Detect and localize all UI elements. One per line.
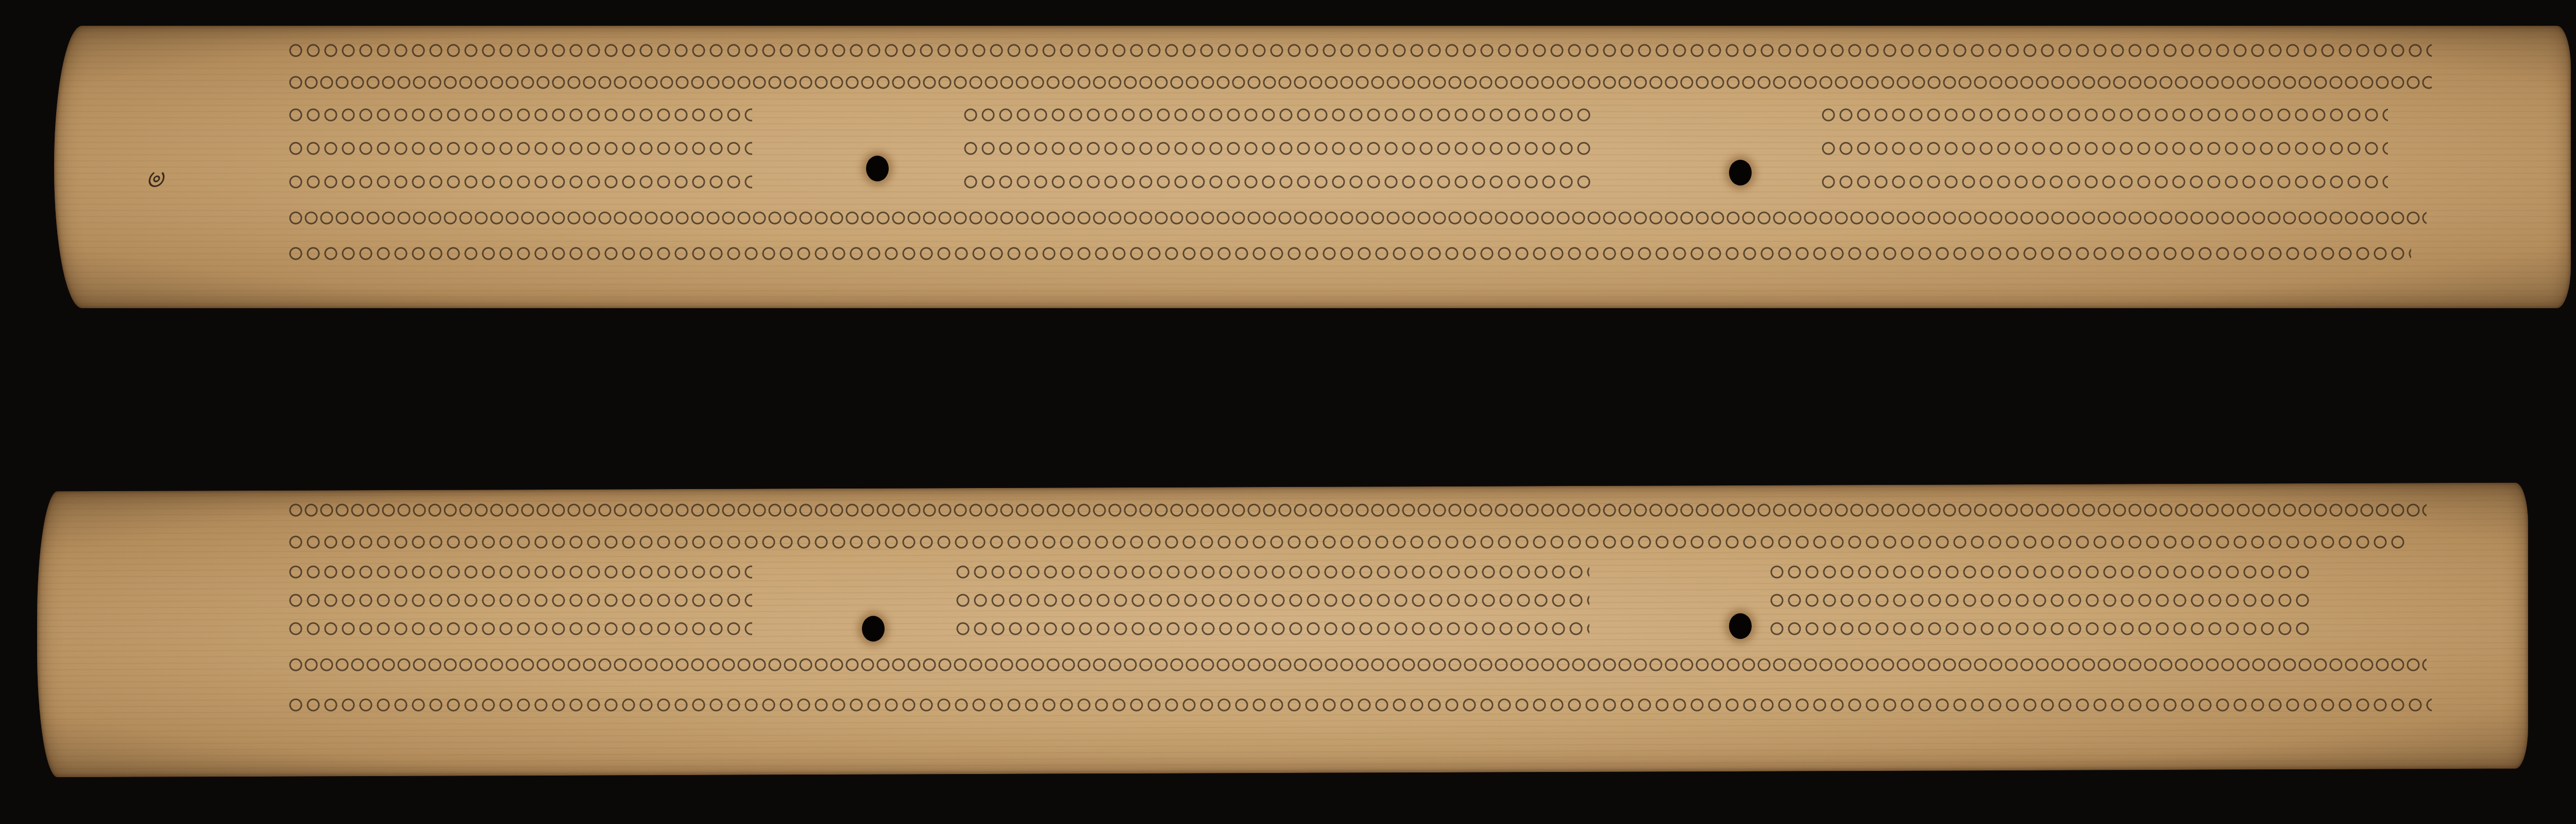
script-text: [handwritten Burmese script — line 1, fu…	[289, 35, 2432, 64]
script-text: [Burmese script — center block]	[956, 557, 1589, 585]
manuscript-line: [handwritten Burmese script — line 6, fu…	[289, 649, 2427, 678]
script-text: [Burmese script — right block]	[1770, 557, 2311, 585]
manuscript-line-center-block: [Burmese script — center block]	[956, 557, 1589, 585]
script-text: [handwritten Burmese script — line 6, fu…	[289, 203, 2427, 231]
manuscript-line-center-block: [Burmese script — center block]	[956, 613, 1589, 642]
manuscript-line-left-block: [Burmese script — left block]	[289, 133, 752, 162]
folio-number-mark: ၑ	[145, 155, 164, 203]
script-text: [Burmese script — left block]	[289, 99, 752, 128]
script-text: [Burmese script — right block]	[1821, 133, 2388, 162]
script-text: [Burmese script — right block]	[1770, 613, 2311, 642]
manuscript-line-left-block: [Burmese script — left block]	[289, 613, 752, 642]
manuscript-line: [handwritten Burmese script — line 7, fu…	[289, 690, 2432, 718]
manuscript-line-left-block: [Burmese script — left block]	[289, 557, 752, 585]
manuscript-line-left-block: [Burmese script — left block]	[289, 585, 752, 614]
script-text: [Burmese script — center block]	[956, 613, 1589, 642]
string-hole-left-bottom	[862, 616, 885, 642]
manuscript-line-right-block: [Burmese script — right block]	[1770, 613, 2311, 642]
manuscript-line-center-block: [Burmese script — center block]	[963, 166, 1592, 195]
manuscript-line-right-block: [Burmese script — right block]	[1821, 99, 2388, 128]
string-hole-right-bottom	[1729, 613, 1752, 639]
manuscript-line-right-block: [Burmese script — right block]	[1821, 166, 2388, 195]
manuscript-line-left-block: [Burmese script — left block]	[289, 166, 752, 195]
script-text: [Burmese script — left block]	[289, 133, 752, 162]
manuscript-line: [handwritten Burmese script — line 2, fu…	[289, 67, 2432, 96]
manuscript-line-right-block: [Burmese script — right block]	[1821, 133, 2388, 162]
script-text: [handwritten Burmese script — line 2, fu…	[289, 67, 2432, 96]
script-text: [handwritten Burmese script — line 7, fu…	[289, 238, 2411, 267]
manuscript-line-right-block: [Burmese script — right block]	[1770, 585, 2311, 614]
script-text: [Burmese script — center block]	[956, 585, 1589, 614]
manuscript-line-center-block: [Burmese script — center block]	[963, 99, 1592, 128]
manuscript-line: [handwritten Burmese script — line 2, fu…	[289, 527, 2406, 556]
script-text: [Burmese script — left block]	[289, 585, 752, 614]
script-text: [handwritten Burmese script — line 7, fu…	[289, 690, 2432, 718]
manuscript-line-center-block: [Burmese script — center block]	[956, 585, 1589, 614]
script-text: [Burmese script — center block]	[963, 166, 1592, 195]
manuscript-line: [handwritten Burmese script — line 7, fu…	[289, 238, 2411, 267]
manuscript-line: [handwritten Burmese script — line 1, fu…	[289, 35, 2432, 64]
script-text: [Burmese script — center block]	[963, 99, 1592, 128]
script-text: [handwritten Burmese script — line 6, fu…	[289, 649, 2427, 678]
script-text: [Burmese script — left block]	[289, 613, 752, 642]
script-text: [Burmese script — center block]	[963, 133, 1592, 162]
manuscript-line-right-block: [Burmese script — right block]	[1770, 557, 2311, 585]
string-hole-left-top	[866, 156, 889, 181]
script-text: [Burmese script — right block]	[1821, 99, 2388, 128]
script-text: [handwritten Burmese script — line 1, fu…	[289, 495, 2427, 524]
script-text: [Burmese script — left block]	[289, 166, 752, 195]
string-hole-right-top	[1729, 160, 1752, 186]
manuscript-line-center-block: [Burmese script — center block]	[963, 133, 1592, 162]
manuscript-line-left-block: [Burmese script — left block]	[289, 99, 752, 128]
script-text: [Burmese script — left block]	[289, 557, 752, 585]
manuscript-line: [handwritten Burmese script — line 1, fu…	[289, 495, 2427, 524]
script-text: [Burmese script — right block]	[1821, 166, 2388, 195]
manuscript-line: [handwritten Burmese script — line 6, fu…	[289, 203, 2427, 231]
script-text: [handwritten Burmese script — line 2, fu…	[289, 527, 2406, 556]
script-text: [Burmese script — right block]	[1770, 585, 2311, 614]
